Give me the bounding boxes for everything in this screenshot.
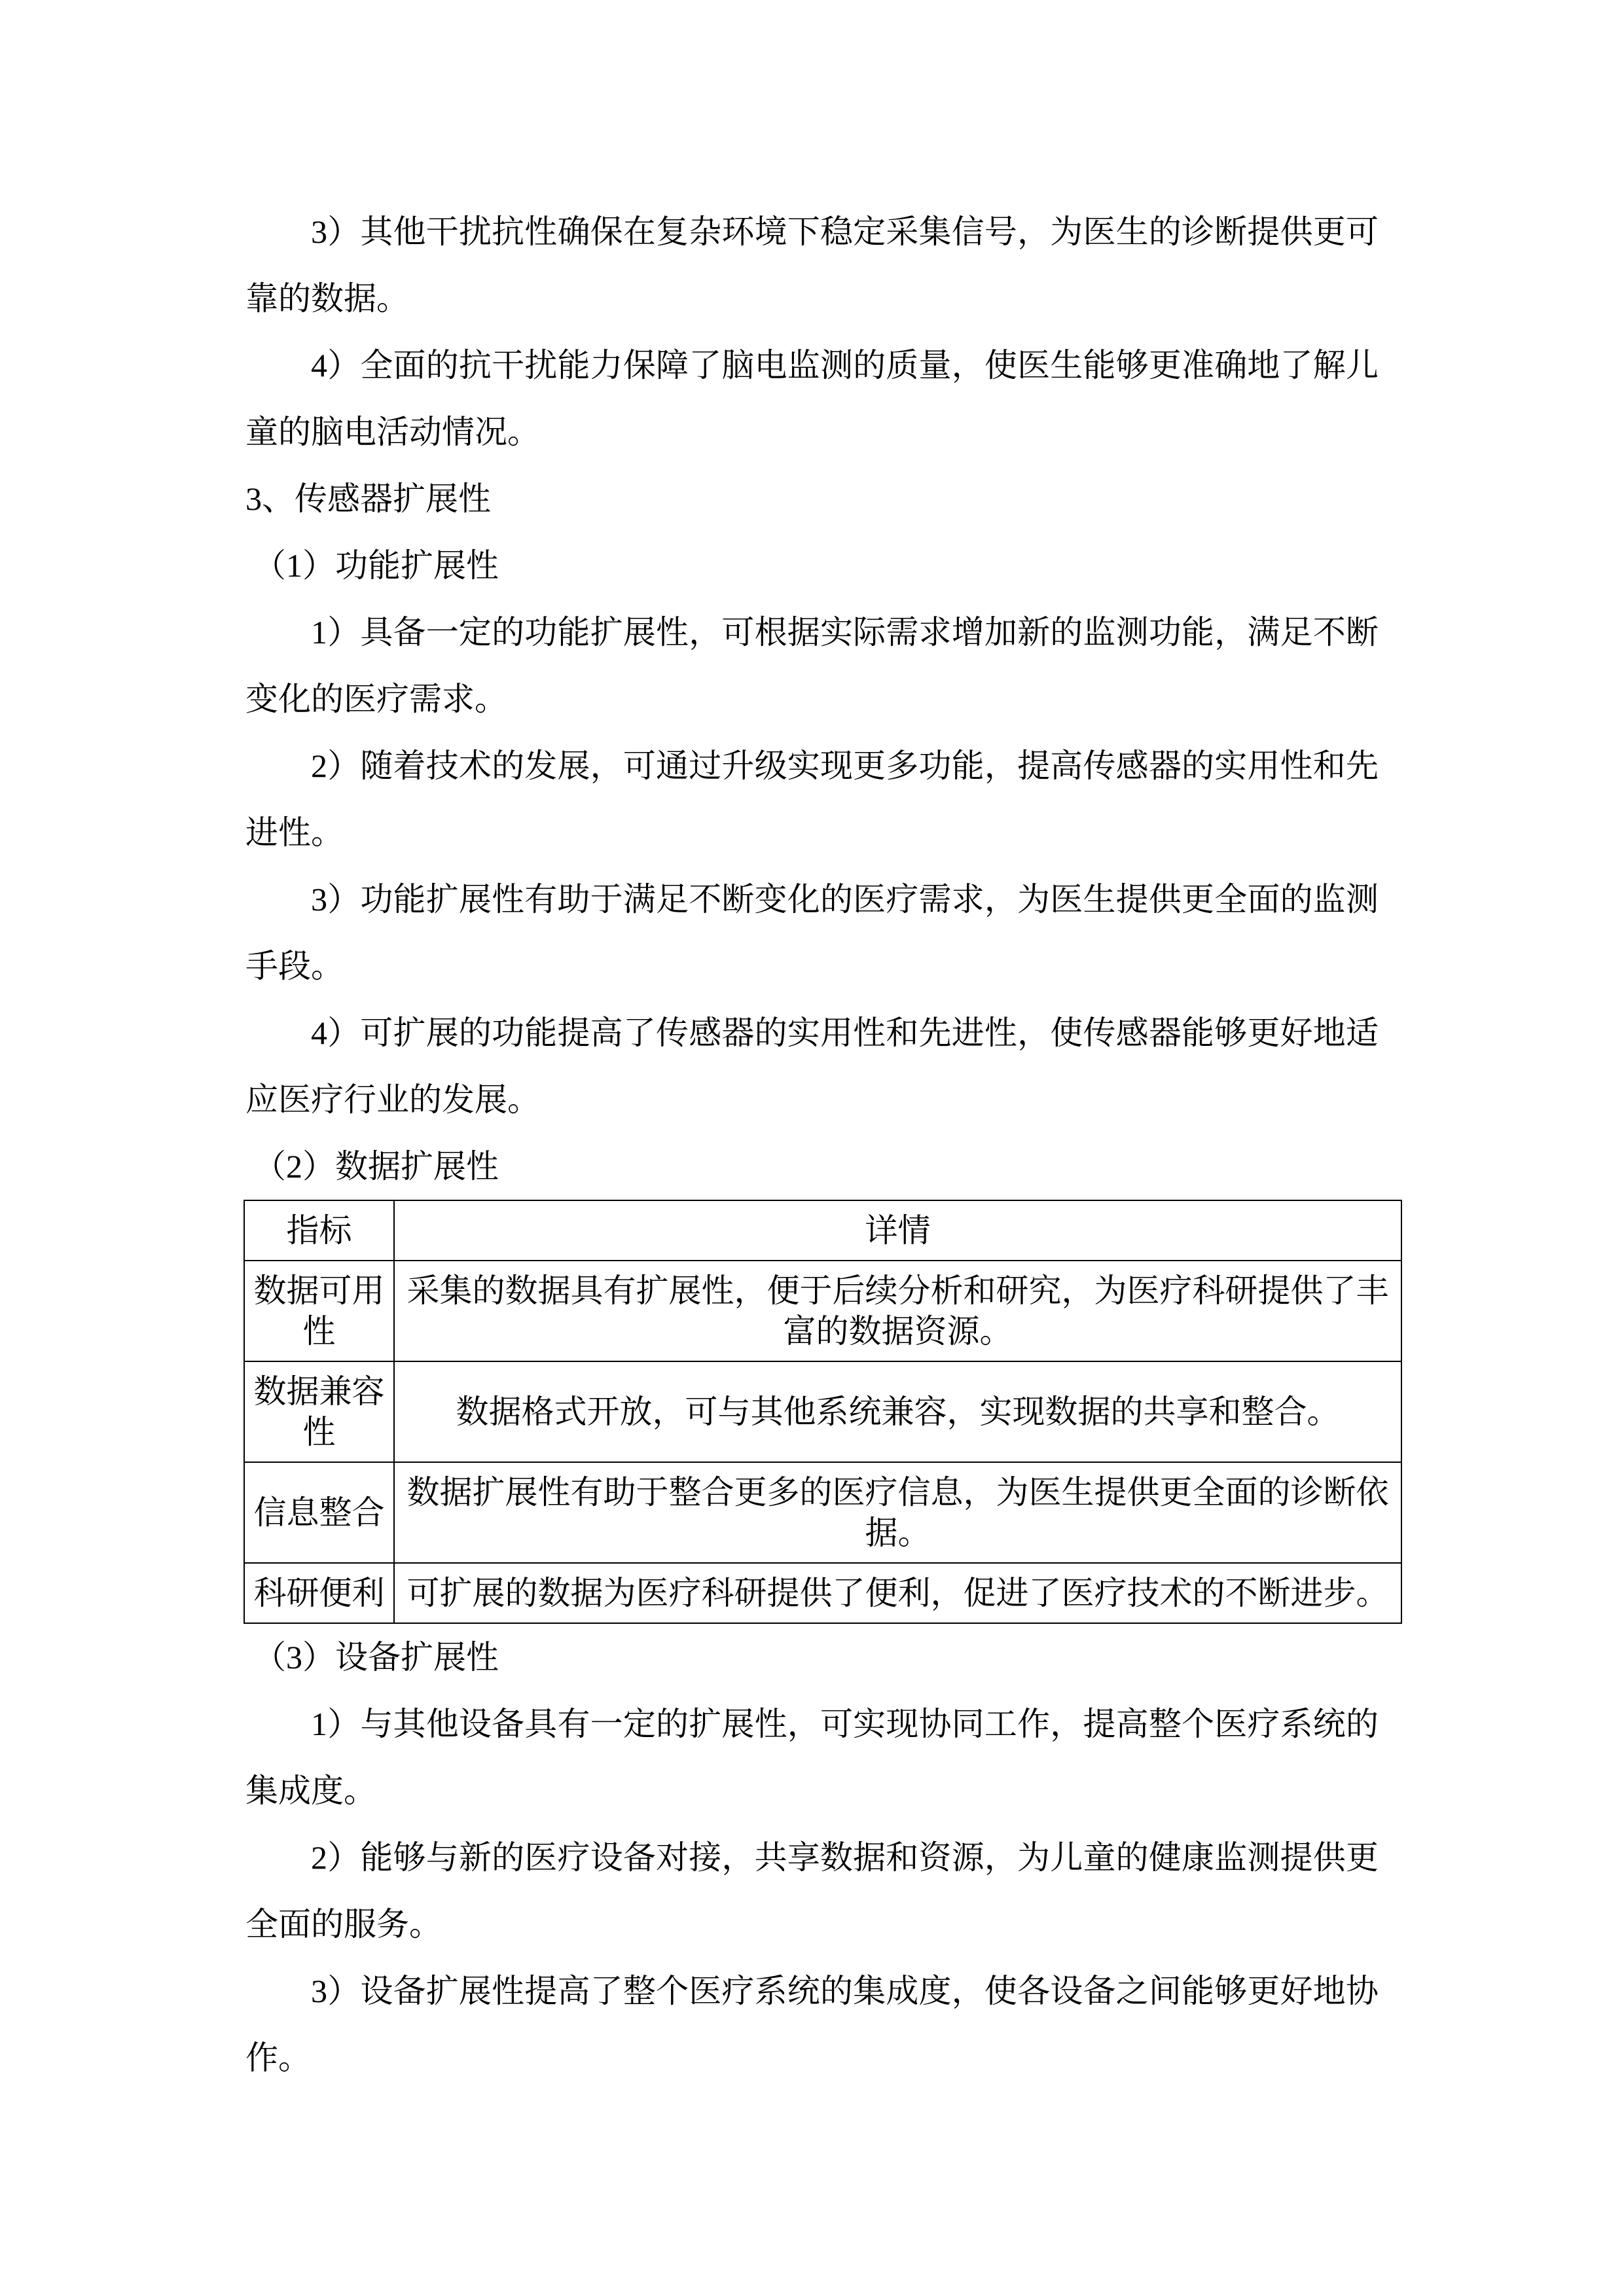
table-cell-indicator: 数据可用性	[244, 1261, 394, 1361]
subsection-heading-data-expandability: （2）数据扩展性	[245, 1133, 1379, 1200]
table-row: 数据可用性 采集的数据具有扩展性，便于后续分析和研究，为医疗科研提供了丰富的数据…	[244, 1261, 1401, 1361]
table-header-indicator: 指标	[244, 1200, 394, 1261]
paragraph-device-2: 2）能够与新的医疗设备对接，共享数据和资源，为儿童的健康监测提供更全面的服务。	[245, 1824, 1379, 1958]
data-expandability-table: 指标 详情 数据可用性 采集的数据具有扩展性，便于后续分析和研究，为医疗科研提供…	[244, 1200, 1402, 1624]
table-cell-indicator: 数据兼容性	[244, 1361, 394, 1462]
paragraph-device-1: 1）与其他设备具有一定的扩展性，可实现协同工作，提高整个医疗系统的集成度。	[245, 1691, 1379, 1824]
table-row: 科研便利 可扩展的数据为医疗科研提供了便利，促进了医疗技术的不断进步。	[244, 1563, 1401, 1623]
table-header-detail: 详情	[394, 1200, 1401, 1261]
section-heading-sensor-expandability: 3、传感器扩展性	[245, 465, 1379, 532]
paragraph-interference-3: 3）其他干扰抗性确保在复杂环境下稳定采集信号，为医生的诊断提供更可靠的数据。	[245, 198, 1379, 332]
table-header-row: 指标 详情	[244, 1200, 1401, 1261]
table-cell-detail: 数据扩展性有助于整合更多的医疗信息，为医生提供更全面的诊断依据。	[394, 1462, 1401, 1563]
document-page: 3）其他干扰抗性确保在复杂环境下稳定采集信号，为医生的诊断提供更可靠的数据。 4…	[0, 0, 1624, 2296]
table-cell-detail: 可扩展的数据为医疗科研提供了便利，促进了医疗技术的不断进步。	[394, 1563, 1401, 1623]
paragraph-function-4: 4）可扩展的功能提高了传感器的实用性和先进性，使传感器能够更好地适应医疗行业的发…	[245, 999, 1379, 1133]
table-row: 数据兼容性 数据格式开放，可与其他系统兼容，实现数据的共享和整合。	[244, 1361, 1401, 1462]
subsection-heading-device-expandability: （3）设备扩展性	[245, 1624, 1379, 1691]
paragraph-function-3: 3）功能扩展性有助于满足不断变化的医疗需求，为医生提供更全面的监测手段。	[245, 866, 1379, 999]
paragraph-interference-4: 4）全面的抗干扰能力保障了脑电监测的质量，使医生能够更准确地了解儿童的脑电活动情…	[245, 332, 1379, 465]
table-cell-indicator: 科研便利	[244, 1563, 394, 1623]
table-cell-detail: 采集的数据具有扩展性，便于后续分析和研究，为医疗科研提供了丰富的数据资源。	[394, 1261, 1401, 1361]
paragraph-function-2: 2）随着技术的发展，可通过升级实现更多功能，提高传感器的实用性和先进性。	[245, 732, 1379, 866]
table-row: 信息整合 数据扩展性有助于整合更多的医疗信息，为医生提供更全面的诊断依据。	[244, 1462, 1401, 1563]
paragraph-device-3: 3）设备扩展性提高了整个医疗系统的集成度，使各设备之间能够更好地协作。	[245, 1958, 1379, 2091]
table-cell-indicator: 信息整合	[244, 1462, 394, 1563]
table-cell-detail: 数据格式开放，可与其他系统兼容，实现数据的共享和整合。	[394, 1361, 1401, 1462]
paragraph-function-1: 1）具备一定的功能扩展性，可根据实际需求增加新的监测功能，满足不断变化的医疗需求…	[245, 599, 1379, 732]
subsection-heading-function-expandability: （1）功能扩展性	[245, 532, 1379, 599]
